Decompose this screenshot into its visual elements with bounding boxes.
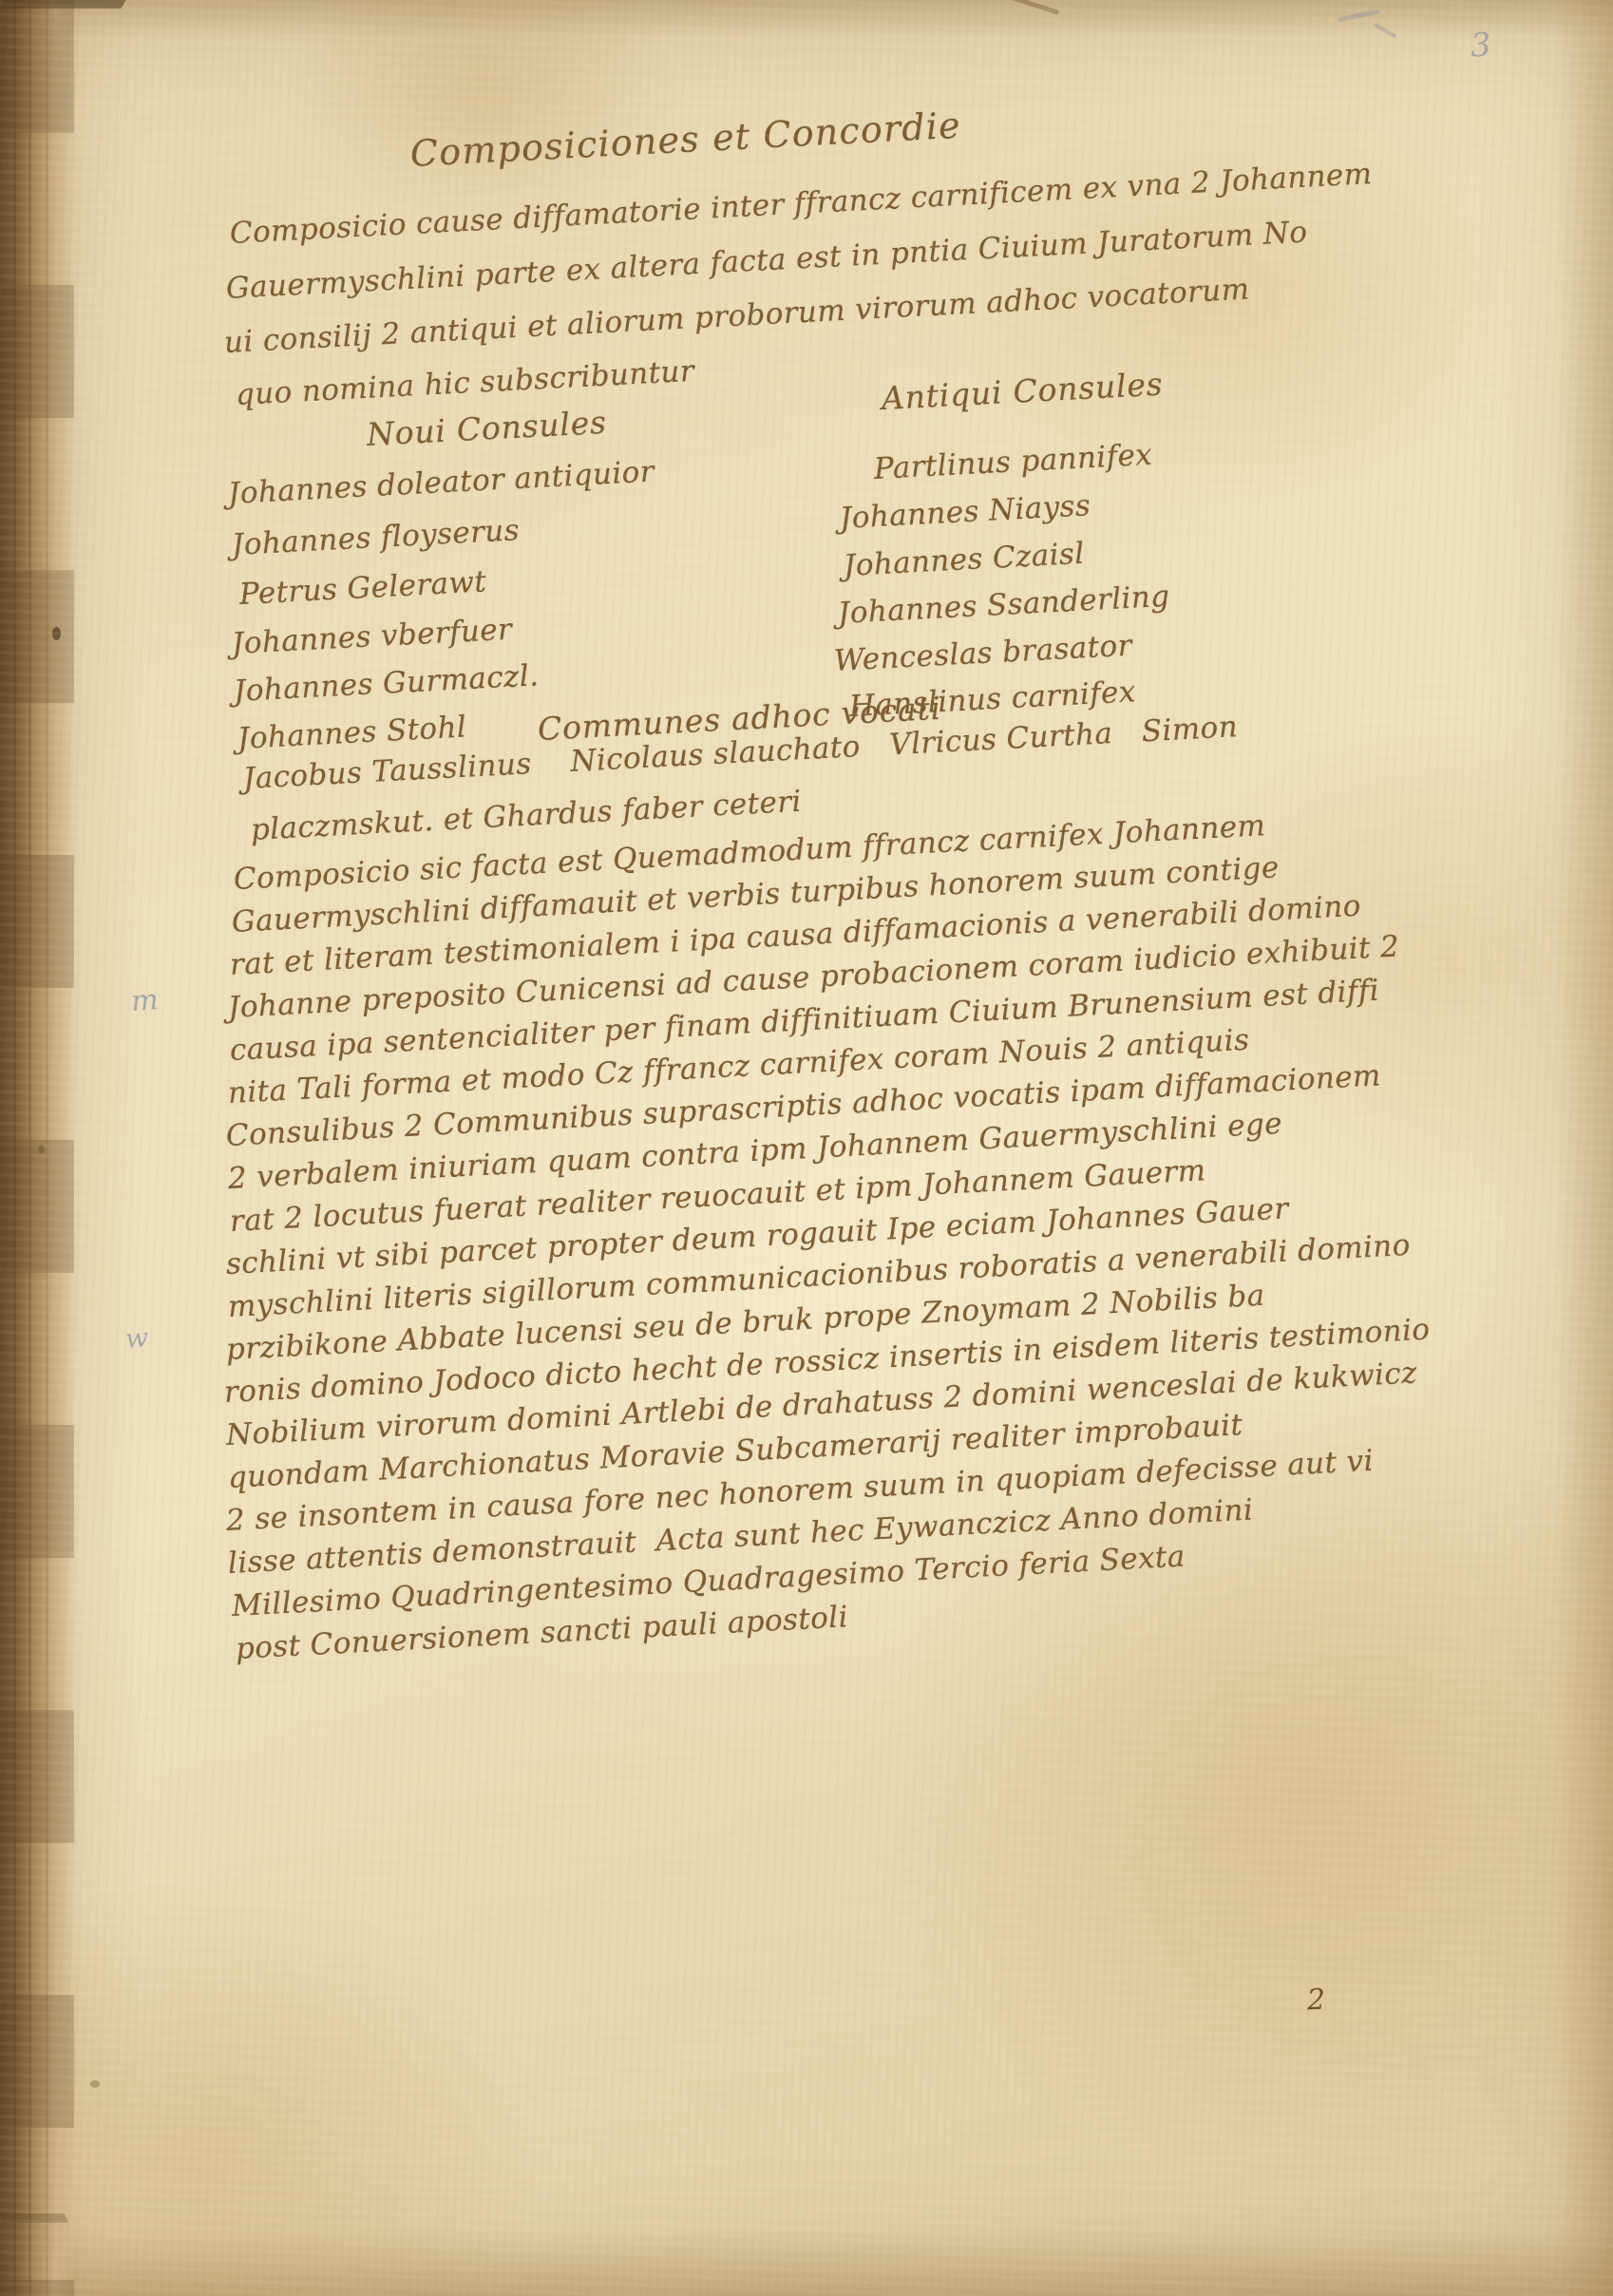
edge-scribble [1338, 9, 1379, 22]
antiqui-consul-name: Partlinus pannifex [873, 438, 1153, 486]
antiqui-consul-name: Johannes Ssanderling [837, 579, 1170, 631]
folio-number: 3 [1470, 26, 1492, 65]
novi-consules-title: Noui Consules [366, 404, 608, 453]
page-title: Composiciones et Concordie [409, 104, 962, 175]
page-edge-line [46, 0, 48, 2296]
page-edge-line [28, 0, 31, 2296]
antiqui-consul-name: Wenceslas brasator [833, 629, 1133, 678]
page-edge-line [13, 0, 16, 2296]
antiqui-consul-name: Johannes Niayss [839, 488, 1091, 536]
novi-consul-name: Johannes vberfuer [231, 613, 513, 661]
novi-consul-name: Johannes Stohl [237, 710, 467, 756]
page-number: 2 [1306, 1983, 1325, 2018]
margin-mark: m [130, 983, 160, 1018]
antiqui-consul-name: Johannes Czaisl [843, 537, 1085, 583]
margin-mark: w [124, 1321, 149, 1355]
novi-consul-name: Johannes doleator antiquior [227, 455, 655, 511]
ink-speck [52, 627, 61, 640]
novi-consul-name: Johannes Gurmaczl. [233, 658, 540, 709]
torn-edge [0, 0, 126, 9]
novi-consul-name: Johannes floyserus [231, 513, 521, 562]
torn-edge [0, 2213, 68, 2223]
ink-speck [38, 1145, 45, 1154]
novi-consul-name: Petrus Gelerawt [238, 564, 487, 612]
antiqui-consules-title: Antiqui Consules [881, 365, 1164, 416]
edge-scribble [1006, 0, 1060, 15]
edge-scribble [1374, 23, 1397, 38]
book-binding-edge [0, 0, 74, 2296]
manuscript-page: 3 m w Composiciones et Concordie Composi… [0, 0, 1613, 2296]
intro-line: quo nomina hic subscribuntur [235, 354, 695, 412]
ink-speck [90, 2080, 100, 2088]
